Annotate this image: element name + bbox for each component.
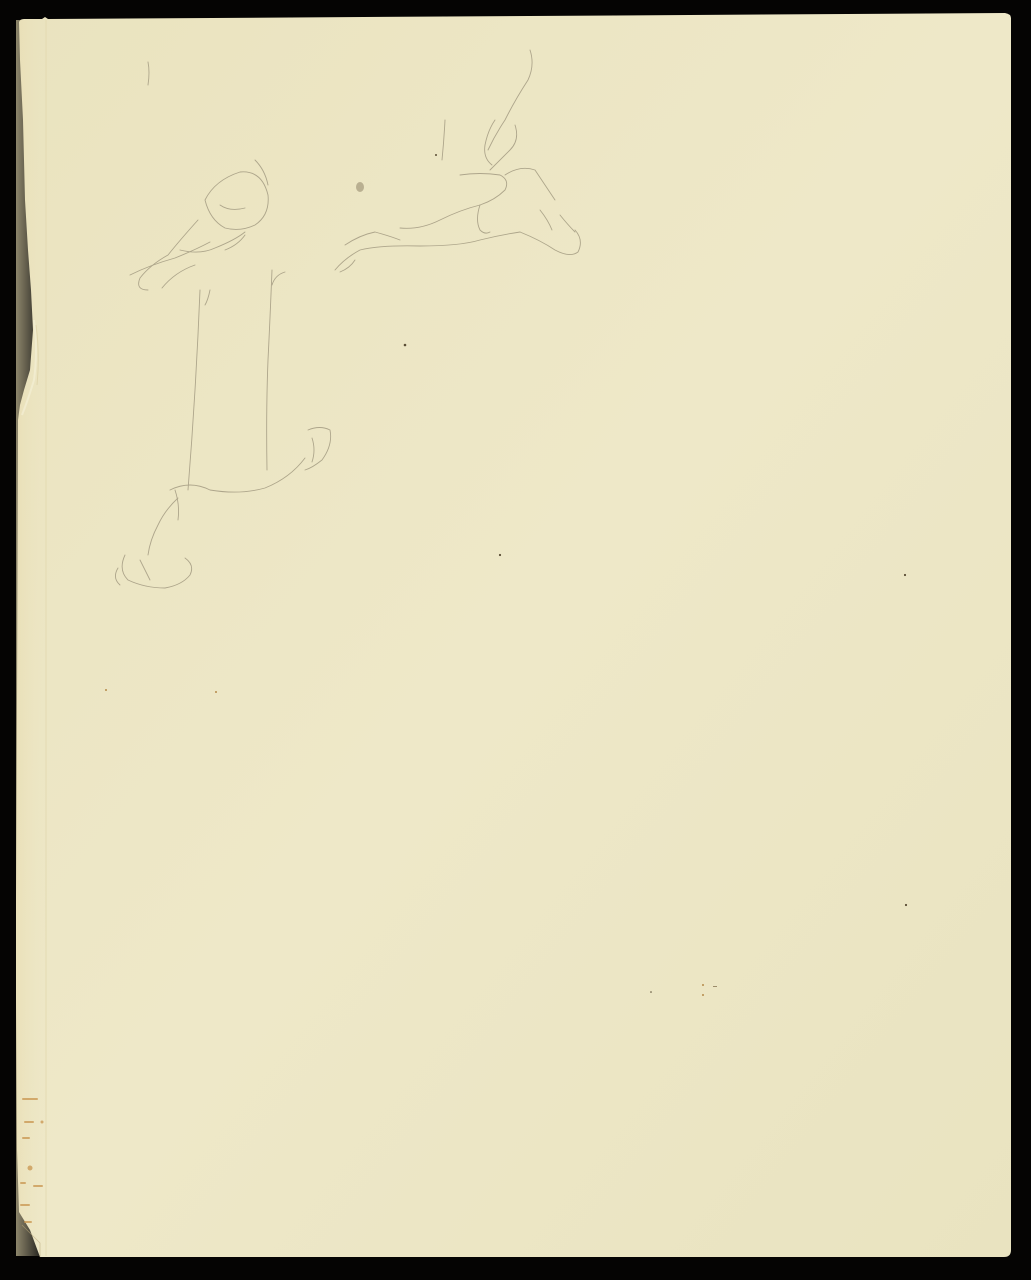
artwork-scan: Pencil sketch studies on a sheet of crea…	[0, 0, 1031, 1280]
paper-sheet	[0, 0, 1031, 1280]
paper-body	[16, 13, 1011, 1257]
